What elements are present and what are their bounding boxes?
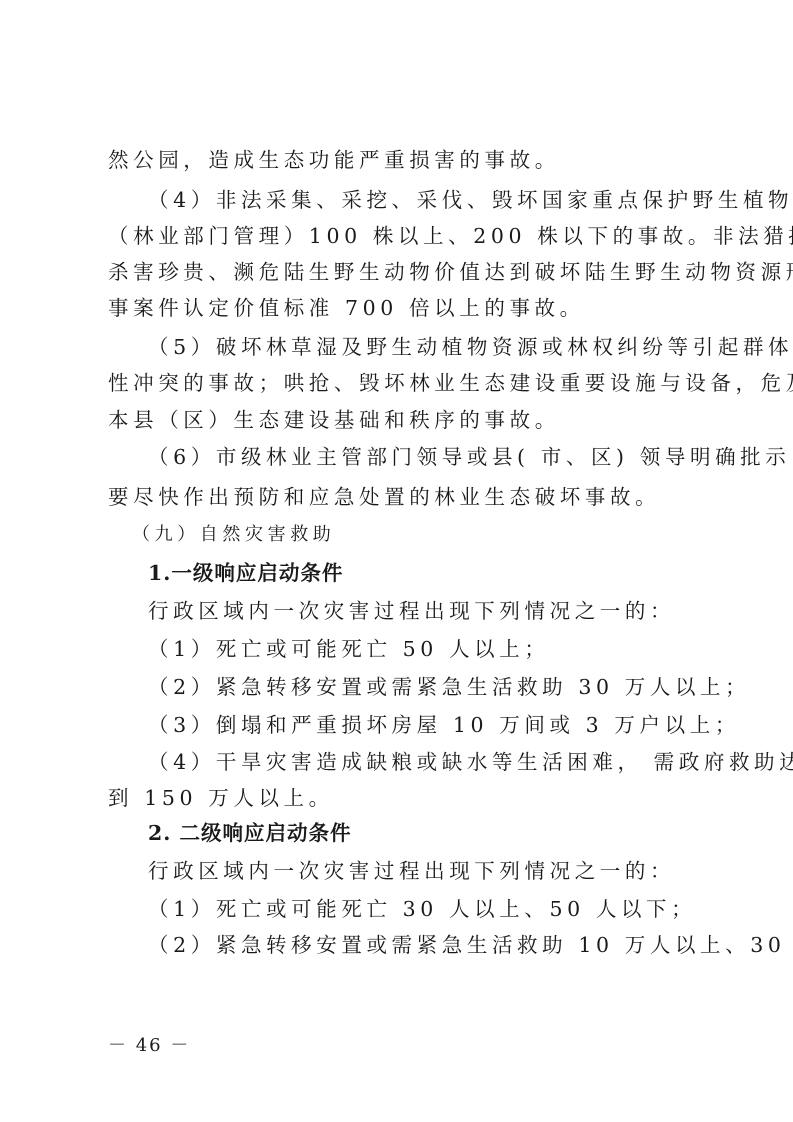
list-item: （3）倒塌和严重损坏房屋 10 万间或 3 万户以上； <box>148 713 740 737</box>
paragraph-line: （6）市级林业主管部门领导或县( 市、区) 领导明确批示 <box>148 445 790 469</box>
list-item: （2）紧急转移安置或需紧急生活救助 10 万人以上、30 万 <box>148 933 793 957</box>
paragraph-line: 到 150 万人以上。 <box>108 786 334 810</box>
paragraph-line: （4）非法采集、采挖、采伐、毁坏国家重点保护野生植物 <box>148 188 793 212</box>
paragraph-line: 行政区域内一次灾害过程出现下列情况之一的： <box>148 599 675 623</box>
list-item: （4）干旱灾害造成缺粮或缺水等生活困难， 需政府救助达 <box>148 750 793 774</box>
paragraph-line: 事案件认定价值标准 700 倍以上的事故。 <box>108 296 585 320</box>
section-heading: （九）自然灾害救助 <box>132 523 335 547</box>
paragraph-line: 杀害珍贵、濒危陆生野生动物价值达到破坏陆生野生动物资源刑 <box>108 260 793 284</box>
list-item: （1）死亡或可能死亡 50 人以上； <box>148 637 549 661</box>
paragraph-line: （5）破坏林草湿及野生动植物资源或林权纠纷等引起群体 <box>148 335 793 359</box>
paragraph-line: 然公园，造成生态功能严重损害的事故。 <box>108 148 560 172</box>
list-item: （1）死亡或可能死亡 30 人以上、50 人以下； <box>148 897 696 921</box>
list-item: （2）紧急转移安置或需紧急生活救助 30 万人以上； <box>148 675 750 699</box>
page-number: － 46 － <box>108 1031 190 1057</box>
paragraph-line: 要尽快作出预防和应急处置的林业生态破坏事故。 <box>108 485 660 509</box>
subsection-heading: 1.一级响应启动条件 <box>148 561 343 585</box>
paragraph-line: 行政区域内一次灾害过程出现下列情况之一的： <box>148 859 675 883</box>
paragraph-line: 本县（区）生态建设基础和秩序的事故。 <box>108 408 560 432</box>
paragraph-line: 性冲突的事故；哄抢、毁坏林业生态建设重要设施与设备，危及 <box>108 371 793 395</box>
subsection-heading: 2. 二级响应启动条件 <box>148 821 352 845</box>
paragraph-line: （林业部门管理）100 株以上、200 株以下的事故。非法猎捕、 <box>108 224 793 248</box>
